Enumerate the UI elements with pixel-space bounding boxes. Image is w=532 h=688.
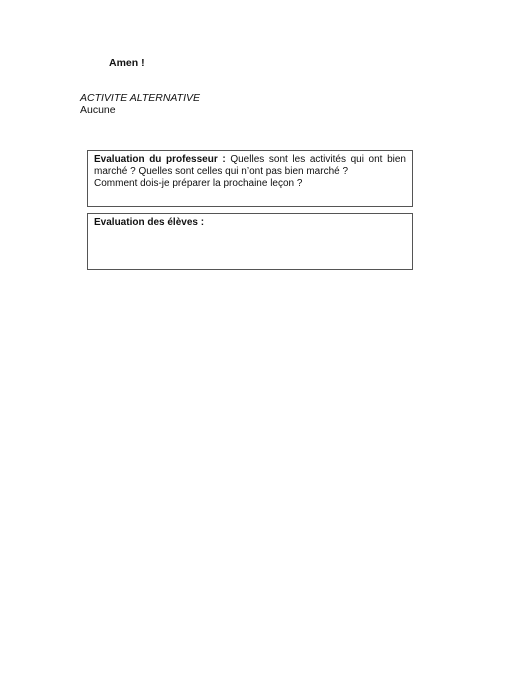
alternative-activity-value: Aucune [80,104,116,116]
teacher-evaluation-label: Evaluation du professeur : [94,154,226,165]
student-evaluation-label: Evaluation des élèves : [94,217,204,228]
teacher-evaluation-text: Evaluation du professeur : Quelles sont … [94,154,406,178]
teacher-evaluation-question-next: Comment dois-je préparer la prochaine le… [94,178,406,190]
alternative-activity-heading: ACTIVITE ALTERNATIVE [80,92,200,104]
teacher-evaluation-box: Evaluation du professeur : Quelles sont … [87,150,413,207]
closing-text: Amen ! [109,57,145,69]
student-evaluation-box: Evaluation des élèves : [87,213,413,270]
